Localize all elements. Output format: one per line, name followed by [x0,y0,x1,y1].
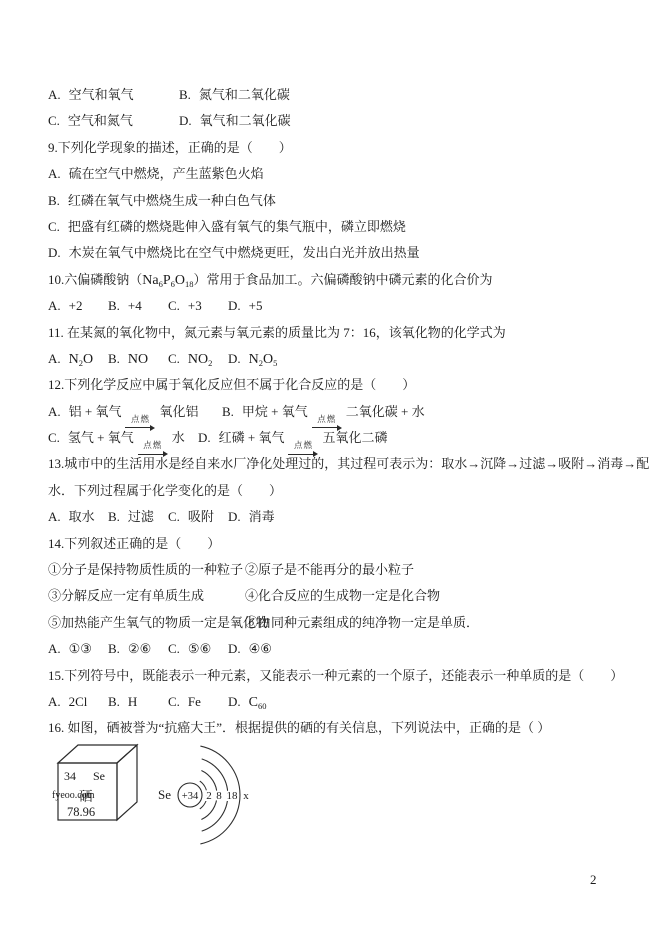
q9-option-a: A.硫在空气中燃烧，产生蓝紫色火焰 [48,161,648,187]
condition-label: 点燃 [317,414,336,424]
option-label: C. [168,351,180,366]
chemical-formula: NO [128,352,148,367]
option-label: A. [48,87,61,102]
option-label: D. [228,351,241,366]
cube-top-face [58,745,137,763]
q10-options: A.+2B.+4C.+3D.+5 [48,293,648,319]
option-text: +4 [128,298,142,313]
option-label: C. [48,219,60,234]
option-label: A. [48,404,61,419]
option-label: A. [48,351,61,366]
q10-option-b: B.+4 [108,293,168,319]
q14-option-d: D.④⑥ [228,636,288,662]
condition-label: 点燃 [294,440,313,450]
option-text: 吸附 [188,509,214,524]
q10-option-c: C.+3 [168,293,228,319]
formula-part: O [175,273,185,288]
option-label: C. [48,430,60,445]
question-stem: 11. 在某氮的氧化物中，氮元素与氧元素的质量比为 7：16，该氧化物的化学式为 [48,325,506,340]
option-label: D. [228,641,241,656]
ignite-condition: 点燃 [312,414,342,432]
reaction-rhs: 五氧化二磷 [322,430,387,445]
condition-label: 点燃 [143,440,162,450]
reaction-arrow-icon [312,424,342,432]
reaction-arrow-icon [138,450,168,458]
element-symbol: Se [93,769,105,783]
q11-option-a: A.N2O [48,346,108,373]
q11-stem: 11. 在某氮的氧化物中，氮元素与氧元素的质量比为 7：16，该氧化物的化学式为 [48,320,648,346]
option-text: ④⑥ [249,641,272,656]
page-number: 2 [590,872,597,888]
q8-option-a: A.空气和氧气 [48,82,179,108]
ignite-condition: 点燃 [138,440,168,458]
formula-part: N [69,352,79,367]
q10-option-a: A.+2 [48,293,108,319]
q9-option-b: B.红磷在氧气中燃烧生成一种白色气体 [48,188,648,214]
option-text: +3 [188,298,202,313]
shell-count-2: 8 [216,790,222,802]
formula-part: O [83,352,93,367]
option-text: +2 [69,298,83,313]
option-text: 木炭在氧气中燃烧比在空气中燃烧更旺，发出白光并放出热量 [69,245,420,260]
q15-option-d: D.C60 [228,689,288,716]
option-label: B. [108,694,120,709]
q13-option-a: A.取水 [48,504,108,530]
chemical-formula: N2O [69,352,94,367]
option-text: 取水 [69,509,95,524]
q13-options: A.取水B.过滤C.吸附D.消毒 [48,504,648,530]
q8-options-row-2: C.空气和氮气D.氧气和二氧化碳 [48,108,648,134]
reaction-lhs: 氢气 + 氧气 [68,430,134,445]
q14-option-c: C.⑤⑥ [168,636,228,662]
formula-part: C [249,695,258,710]
option-text: 空气和氮气 [68,113,133,128]
option-text: 消毒 [249,509,275,524]
formula-part: O [263,352,273,367]
exam-page: A.空气和氧气B.氮气和二氧化碳 C.空气和氮气D.氧气和二氧化碳 9.下列化学… [48,82,648,870]
nucleus-charge: +34 [182,791,199,802]
statement-5: ⑤加热能产生氧气的物质一定是氧化物 [48,610,245,636]
option-label: D. [228,298,241,313]
formula-subscript: 60 [258,701,267,711]
formula-subscript: 5 [273,358,277,368]
option-label: A. [48,298,61,313]
q9-option-d: D.木炭在氧气中燃烧比在空气中燃烧更旺，发出白光并放出热量 [48,240,648,266]
atom-diagram: Se +34 2 8 18 x [158,746,249,844]
reaction-lhs: 红磷 + 氧气 [219,430,285,445]
q15-option-a: A.2Cl [48,689,108,715]
q14-option-b: B.②⑥ [108,636,168,662]
q9-option-c: C.把盛有红磷的燃烧匙伸入盛有氧气的集气瓶中，磷立即燃烧 [48,214,648,240]
statement-4: ④化合反应的生成物一定是化合物 [245,588,440,603]
option-label: B. [222,404,234,419]
q13-stem-line-2: 水．下列过程属于化学变化的是（ ） [48,478,648,504]
option-text: ②⑥ [128,641,151,656]
q13-option-d: D.消毒 [228,504,288,530]
shell-count-3: 18 [227,790,239,802]
q15-stem: 15.下列符号中，既能表示一种元素，又能表示一种元素的一个原子，还能表示一种单质… [48,663,648,689]
q11-option-d: D.N2O5 [228,346,288,373]
option-label: B. [108,641,120,656]
option-text: 氧气和二氧化碳 [200,113,291,128]
option-text: 2Cl [69,694,88,709]
option-label: B. [179,87,191,102]
option-label: C. [168,641,180,656]
option-label: D. [228,509,241,524]
statement-1: ①分子是保持物质性质的一种粒子 [48,557,245,583]
option-label: A. [48,694,61,709]
condition-label: 点燃 [131,414,150,424]
question-stem-pre: 10.六偏磷酸钠（ [48,272,142,287]
option-text: Fe [188,694,201,709]
reaction-lhs: 甲烷 + 氧气 [242,404,308,419]
option-text: 红磷在氧气中燃烧生成一种白色气体 [68,193,276,208]
q12-option-b: B.甲烷 + 氧气点燃二氧化碳 + 水 [222,404,425,419]
q15-option-b: B.H [108,689,168,715]
formula-part: NO [188,352,208,367]
q15-option-c: C.Fe [168,689,228,715]
statement-3: ③分解反应一定有单质生成 [48,583,245,609]
option-label: C. [168,694,180,709]
option-text: 过滤 [128,509,154,524]
q11-option-c: C.NO2 [168,346,228,373]
element-name: 硒 [79,789,93,804]
option-label: A. [48,509,61,524]
formula-subscript: 2 [208,358,212,368]
question-stem: 16. 如图，硒被誉为“抗癌大王”．根据提供的硒的有关信息，下列说法中，正确的是… [48,720,550,735]
question-stem: 水．下列过程属于化学变化的是（ ） [48,483,282,498]
option-text: ⑤⑥ [188,641,211,656]
q10-stem: 10.六偏磷酸钠（Na6P6O18）常用于食品加工。六偏磷酸钠中磷元素的化合价为 [48,267,648,293]
q15-options: A.2ClB.HC.FeD.C60 [48,689,648,715]
q8-options-row-1: A.空气和氧气B.氮气和二氧化碳 [48,82,648,108]
option-text: H [128,694,137,709]
question-stem: 13.城市中的生活用水是经自来水厂净化处理过的，其过程可表示为：取水→沉降→过滤… [48,456,649,471]
cube-right-face [117,745,137,820]
ignite-condition: 点燃 [288,440,318,458]
chemical-formula: NO2 [188,352,212,367]
option-text: ①③ [69,641,92,656]
q8-option-c: C.空气和氮气 [48,108,179,134]
q13-option-c: C.吸附 [168,504,228,530]
option-label: C. [48,113,60,128]
q14-statements-row-3: ⑤加热能产生氧气的物质一定是氧化物⑥由同种元素组成的纯净物一定是单质． [48,610,648,636]
formula-part: N [249,352,259,367]
question-stem: 9.下列化学现象的描述，正确的是（ ） [48,140,292,155]
option-label: C. [168,509,180,524]
selenium-figure: fyeoo.com 34 Se 硒 78.96 Se +34 2 8 18 x [50,742,350,868]
q12-option-d: D.红磷 + 氧气点燃五氧化二磷 [198,430,388,445]
statement-2: ②原子是不能再分的最小粒子 [245,562,414,577]
q14-options: A.①③B.②⑥C.⑤⑥D.④⑥ [48,636,648,662]
option-label: D. [228,694,241,709]
q11-option-b: B.NO [108,346,168,373]
option-label: D. [198,430,211,445]
formula-part: P [163,273,171,288]
chemical-formula: C60 [249,695,267,710]
q14-option-a: A.①③ [48,636,108,662]
formula-part: NO [128,352,148,367]
reaction-rhs: 二氧化碳 + 水 [346,404,425,419]
q8-option-b: B.氮气和二氧化碳 [179,82,290,108]
atom-symbol: Se [158,787,171,802]
reaction-arrow-icon [125,424,155,432]
option-label: B. [48,193,60,208]
option-label: D. [179,113,192,128]
option-text: 空气和氧气 [69,87,134,102]
atomic-number: 34 [64,769,76,783]
option-label: A. [48,166,61,181]
option-label: C. [168,298,180,313]
q11-options: A.N2OB.NOC.NO2D.N2O5 [48,346,648,372]
question-stem: 12.下列化学反应中属于氧化反应但不属于化合反应的是（ ） [48,377,415,392]
q8-option-d: D.氧气和二氧化碳 [179,108,291,134]
reaction-rhs: 氧化铝 [159,404,198,419]
option-label: A. [48,641,61,656]
q12-stem: 12.下列化学反应中属于氧化反应但不属于化合反应的是（ ） [48,372,648,398]
q12-options-row-1: A.铝 + 氧气点燃氧化铝B.甲烷 + 氧气点燃二氧化碳 + 水 [48,399,648,425]
option-label: D. [48,245,61,260]
q16-figure: fyeoo.com 34 Se 硒 78.96 Se +34 2 8 18 x [48,742,648,870]
question-stem: 14.下列叙述正确的是（ ） [48,536,220,551]
option-label: B. [108,298,120,313]
option-text: 硫在空气中燃烧，产生蓝紫色火焰 [69,166,264,181]
option-text: +5 [249,298,263,313]
formula-subscript: 18 [185,279,194,289]
option-label: B. [108,509,120,524]
q9-stem: 9.下列化学现象的描述，正确的是（ ） [48,135,648,161]
reaction-lhs: 铝 + 氧气 [69,404,122,419]
shell-count-1: 2 [206,790,212,802]
q13-option-b: B.过滤 [108,504,168,530]
ignite-condition: 点燃 [125,414,155,432]
chemical-formula: Na6P6O18 [142,273,193,288]
chemical-formula: N2O5 [249,352,278,367]
q10-option-d: D.+5 [228,293,288,319]
option-label: B. [108,351,120,366]
reaction-arrow-icon [288,450,318,458]
q14-stem: 14.下列叙述正确的是（ ） [48,531,648,557]
q16-stem: 16. 如图，硒被誉为“抗癌大王”．根据提供的硒的有关信息，下列说法中，正确的是… [48,715,648,741]
q14-statements-row-2: ③分解反应一定有单质生成④化合反应的生成物一定是化合物 [48,583,648,609]
reaction-rhs: 水 [172,430,185,445]
question-stem-post: ）常用于食品加工。六偏磷酸钠中磷元素的化合价为 [194,272,493,287]
atomic-mass: 78.96 [67,805,95,819]
statement-6: ⑥由同种元素组成的纯净物一定是单质． [245,615,479,630]
option-text: 把盛有红磷的燃烧匙伸入盛有氧气的集气瓶中，磷立即燃烧 [68,219,406,234]
question-stem: 15.下列符号中，既能表示一种元素，又能表示一种元素的一个原子，还能表示一种单质… [48,668,623,683]
shell-count-4: x [243,790,249,802]
option-text: 氮气和二氧化碳 [199,87,290,102]
q14-statements-row-1: ①分子是保持物质性质的一种粒子②原子是不能再分的最小粒子 [48,557,648,583]
formula-part: Na [142,273,158,288]
